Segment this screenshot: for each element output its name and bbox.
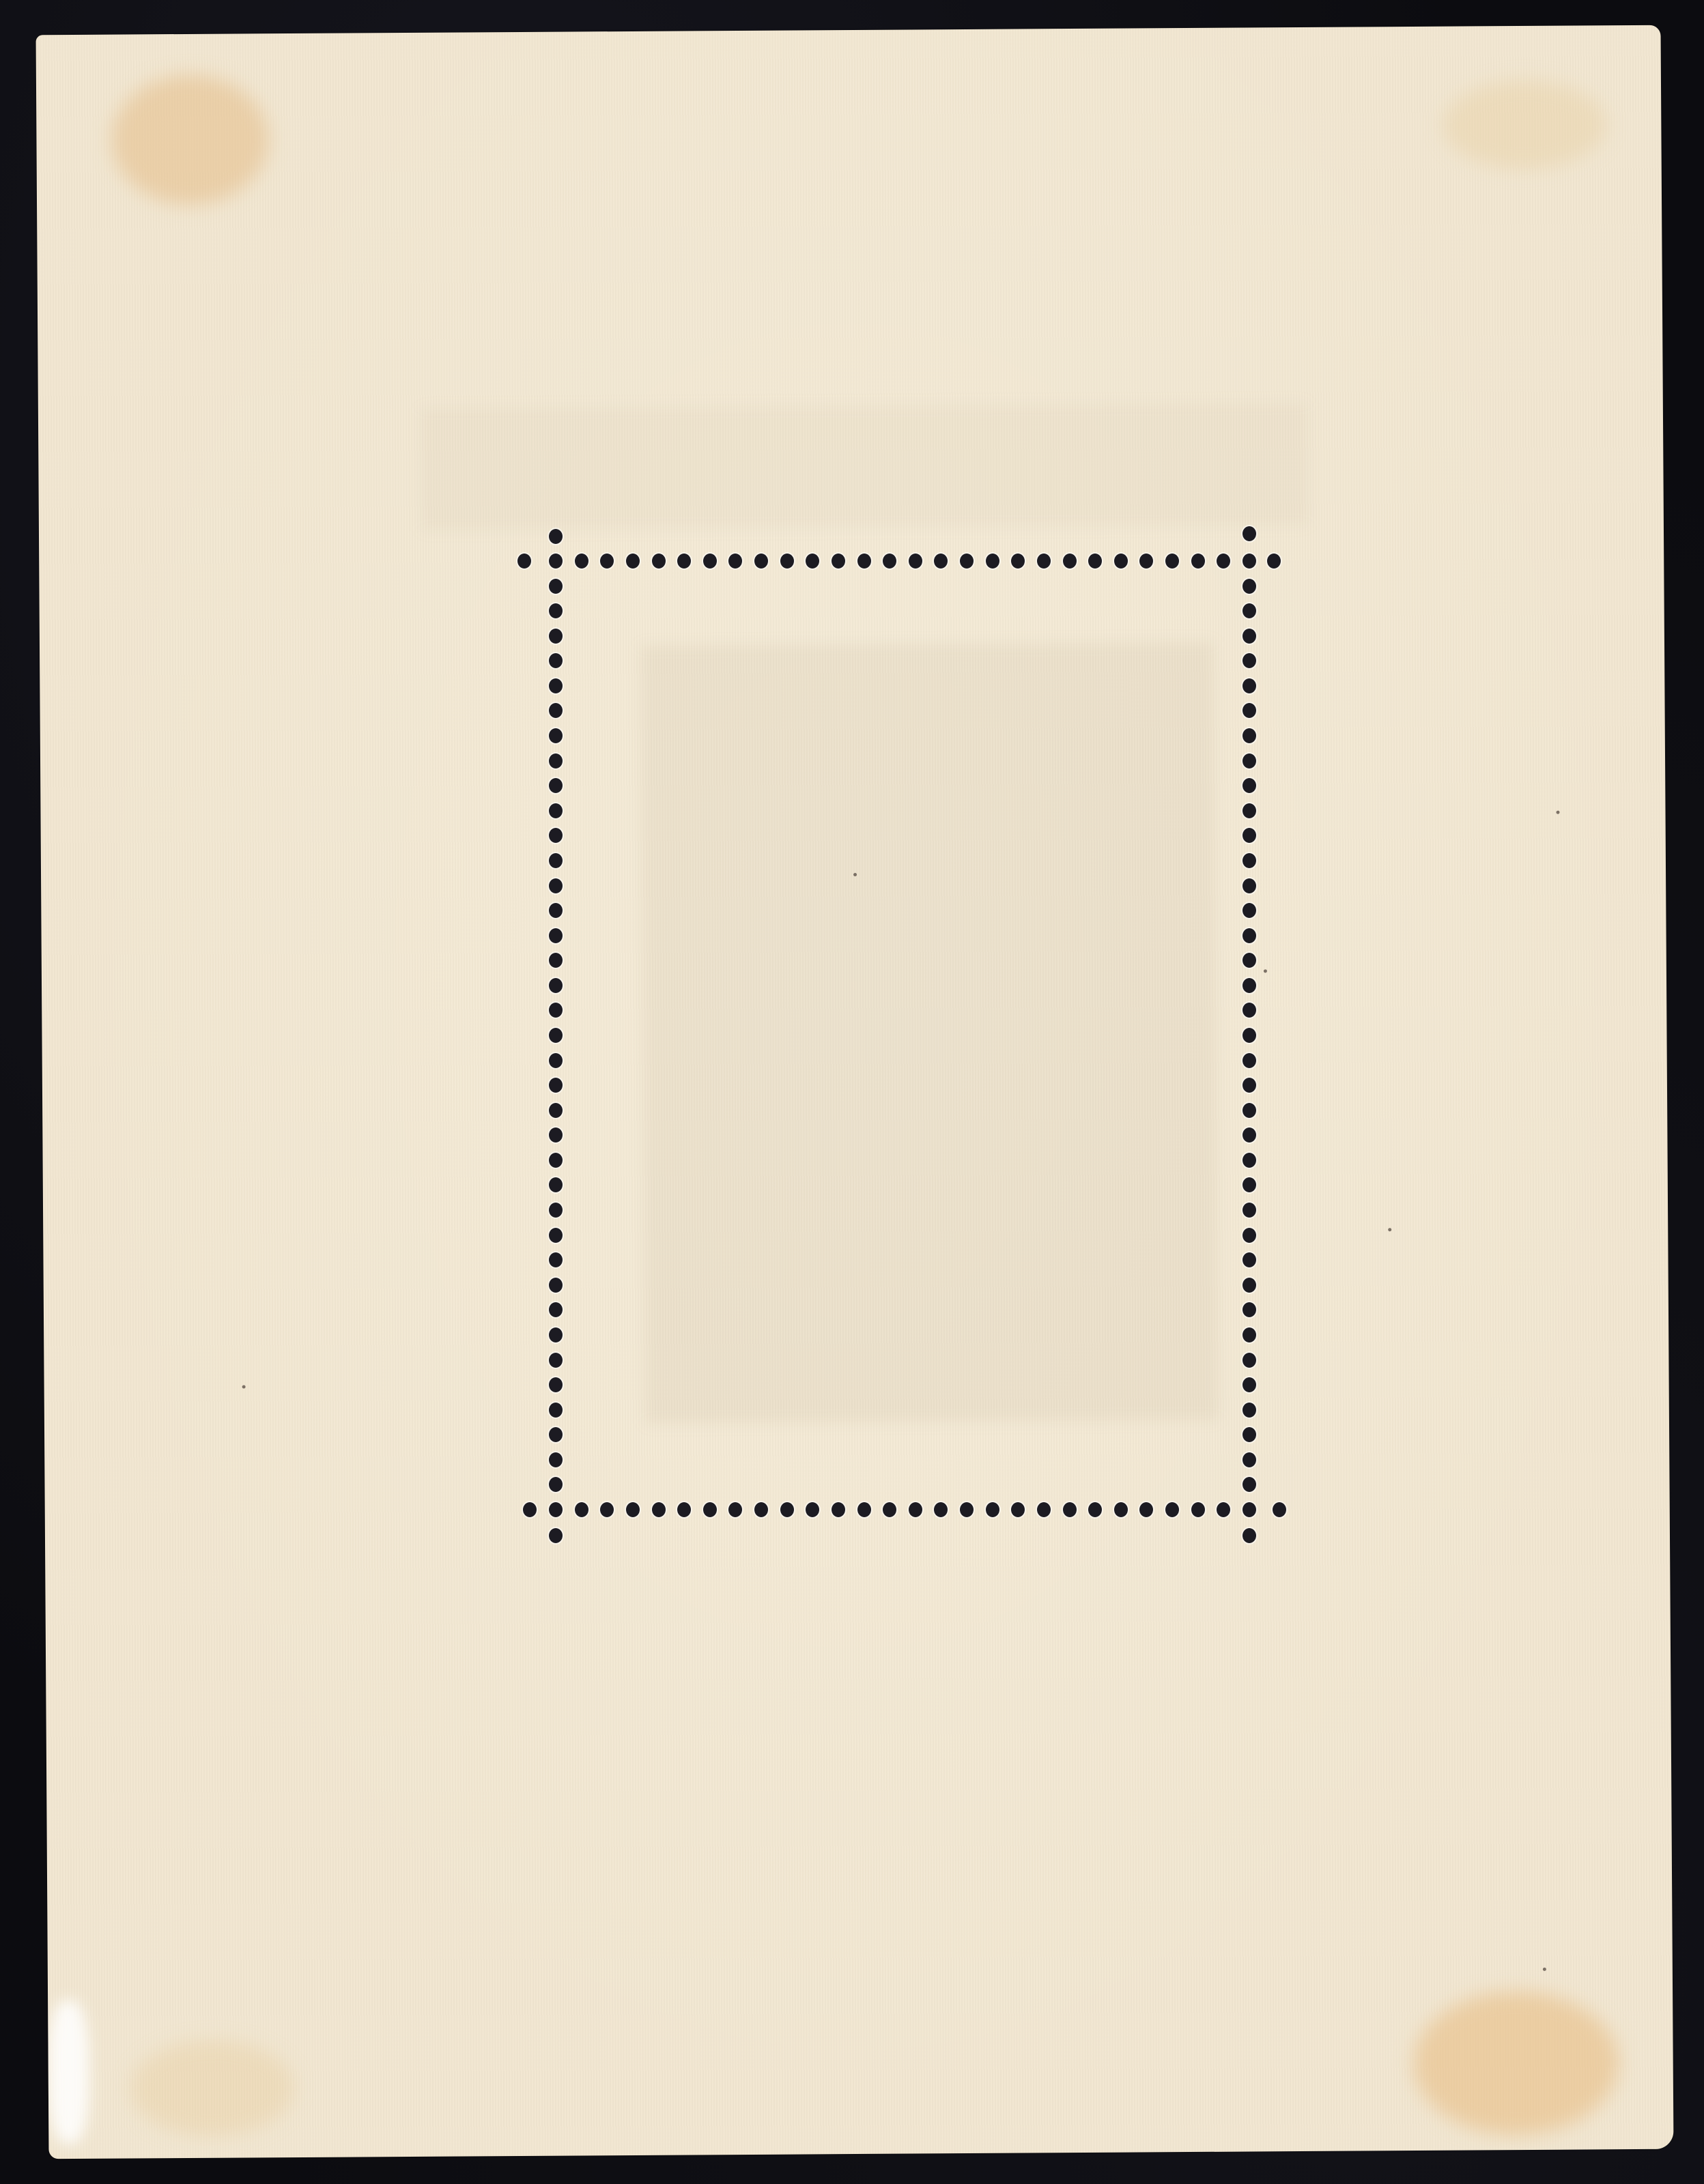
- perforation-hole: [1037, 554, 1051, 569]
- perforation-hole: [754, 1502, 768, 1517]
- perforation-hole: [1242, 1353, 1256, 1368]
- perforation-hole: [1242, 1003, 1256, 1018]
- perforation-hole: [728, 1502, 742, 1517]
- perforation-hole: [1242, 703, 1256, 718]
- perforation-hole: [1242, 1403, 1256, 1418]
- perforation-hole: [600, 1502, 614, 1517]
- perforation-hole: [549, 828, 563, 843]
- perforation-hole: [1242, 878, 1256, 893]
- perforation-hole: [549, 1477, 563, 1492]
- perforation-hole: [1242, 1053, 1256, 1068]
- perforation-hole: [626, 554, 640, 569]
- perforation-hole: [677, 1502, 691, 1517]
- perforation-hole: [1037, 1502, 1051, 1517]
- perforation-hole: [1242, 1528, 1256, 1543]
- perforation-hole: [1114, 554, 1128, 569]
- perforation-hole: [1242, 728, 1256, 743]
- perforation-hole: [1165, 1502, 1179, 1517]
- perforation-hole: [1165, 554, 1179, 569]
- perforation-hole: [1063, 1502, 1077, 1517]
- perforation-hole: [600, 554, 614, 569]
- perforation-hole: [1242, 1502, 1256, 1517]
- perforation-hole: [703, 1502, 717, 1517]
- perforation-hole: [1088, 554, 1102, 569]
- perforation-hole: [549, 1103, 563, 1118]
- perforation-hole: [549, 1053, 563, 1068]
- perforation-hole: [549, 1327, 563, 1342]
- perforation-hole: [1242, 1302, 1256, 1317]
- perforation-hole: [1242, 1203, 1256, 1218]
- perforation-hole: [1242, 603, 1256, 618]
- perforation-hole: [1242, 928, 1256, 943]
- perforation-hole: [780, 554, 794, 569]
- perforation-hole: [549, 778, 563, 793]
- perforation-hole: [549, 1528, 563, 1543]
- perforation-hole: [1242, 1377, 1256, 1392]
- perforation-hole: [728, 554, 742, 569]
- perforation-hole: [1088, 1502, 1102, 1517]
- perforation-hole: [549, 978, 563, 993]
- perforation-hole: [549, 1078, 563, 1093]
- perforation-hole: [1267, 554, 1281, 569]
- perforation-hole: [549, 753, 563, 768]
- perforation-hole: [677, 554, 691, 569]
- perforation-hole: [549, 953, 563, 968]
- perforation-hole: [832, 1502, 845, 1517]
- perforation-hole: [1242, 778, 1256, 793]
- perforation-hole: [1011, 1502, 1025, 1517]
- perforation-hole: [1217, 1502, 1230, 1517]
- perforation-hole: [549, 603, 563, 618]
- perforation-hole: [1114, 1502, 1128, 1517]
- perforation-hole: [1273, 1502, 1286, 1517]
- perforation-hole: [1242, 629, 1256, 644]
- perforation-hole: [1242, 803, 1256, 818]
- perforation-hole: [1242, 554, 1256, 569]
- perforation-hole: [517, 554, 531, 569]
- perforation-hole: [549, 579, 563, 594]
- perforation-hole: [549, 1278, 563, 1293]
- perforation-hole: [934, 1502, 948, 1517]
- perforation-hole: [549, 1377, 563, 1392]
- perforation-hole: [1242, 753, 1256, 768]
- perforation-hole: [549, 853, 563, 868]
- perforation-hole: [549, 1502, 563, 1517]
- perforation-hole: [832, 554, 845, 569]
- perforation-hole: [549, 1127, 563, 1143]
- perforation-hole: [1242, 1477, 1256, 1492]
- perforation-hole: [549, 1003, 563, 1018]
- perforation-hole: [1242, 1078, 1256, 1093]
- perforation-hole: [1242, 1153, 1256, 1168]
- perforation-hole: [960, 1502, 974, 1517]
- perforation-hole: [575, 1502, 588, 1517]
- perforation-hole: [1139, 1502, 1153, 1517]
- perforation-hole: [549, 1228, 563, 1243]
- perforation-hole: [549, 1452, 563, 1467]
- perforation-hole: [652, 554, 666, 569]
- perforation-hole: [549, 928, 563, 943]
- perforation-hole: [1242, 978, 1256, 993]
- perforation-hole: [549, 1403, 563, 1418]
- perforation-hole: [1242, 678, 1256, 693]
- perforation-hole: [523, 1502, 537, 1517]
- perforation-hole: [549, 1353, 563, 1368]
- perforation-hole: [909, 1502, 922, 1517]
- perforation-hole: [1191, 1502, 1205, 1517]
- perforation-hole: [549, 1153, 563, 1168]
- perforation-hole: [703, 554, 717, 569]
- perforation-hole: [1242, 1228, 1256, 1243]
- perforation-hole: [1242, 579, 1256, 594]
- perforation-hole: [934, 554, 948, 569]
- perforation-hole: [883, 1502, 896, 1517]
- perforation-hole: [806, 554, 819, 569]
- perforation-hole: [1242, 526, 1256, 541]
- perforation-hole: [986, 1502, 999, 1517]
- perforation-hole: [909, 554, 922, 569]
- perforation-hole: [575, 554, 588, 569]
- perforation-hole: [1242, 828, 1256, 843]
- perforation-hole: [1242, 1127, 1256, 1143]
- perforation-hole: [549, 703, 563, 718]
- perforation-hole: [960, 554, 974, 569]
- perforation-hole: [549, 1203, 563, 1218]
- perforation-hole: [1242, 1427, 1256, 1442]
- perforation-hole: [549, 1252, 563, 1267]
- perforation-hole: [1242, 1252, 1256, 1267]
- perforation-hole: [1242, 953, 1256, 968]
- perforation-hole: [1242, 903, 1256, 918]
- perforation-hole: [780, 1502, 794, 1517]
- perforation-hole: [549, 653, 563, 668]
- perforation-hole: [1139, 554, 1153, 569]
- perforation-hole: [549, 728, 563, 743]
- perforation-hole: [549, 1028, 563, 1043]
- perforation-hole: [549, 903, 563, 918]
- perforation-hole: [1217, 554, 1230, 569]
- perforation-hole: [1191, 554, 1205, 569]
- perforation-hole: [883, 554, 896, 569]
- perforation-hole: [652, 1502, 666, 1517]
- perforation-hole: [549, 529, 563, 544]
- perforation-hole: [1242, 1278, 1256, 1293]
- perforation-hole: [754, 554, 768, 569]
- perforation-hole: [549, 629, 563, 644]
- perforation-hole: [1242, 853, 1256, 868]
- perforation-hole: [549, 1302, 563, 1317]
- perforation-hole: [626, 1502, 640, 1517]
- perforation-hole: [1242, 1177, 1256, 1192]
- perforation-hole: [986, 554, 999, 569]
- perforation-hole: [549, 803, 563, 818]
- perforation-frame: [0, 0, 1704, 2184]
- perforation-hole: [549, 678, 563, 693]
- perforation-hole: [549, 878, 563, 893]
- perforation-hole: [549, 1177, 563, 1192]
- perforation-hole: [1242, 653, 1256, 668]
- perforation-hole: [857, 554, 871, 569]
- perforation-hole: [1242, 1327, 1256, 1342]
- perforation-hole: [549, 554, 563, 569]
- perforation-hole: [1242, 1103, 1256, 1118]
- perforation-hole: [549, 1427, 563, 1442]
- perforation-hole: [1011, 554, 1025, 569]
- perforation-hole: [857, 1502, 871, 1517]
- perforation-hole: [1242, 1028, 1256, 1043]
- perforation-hole: [1242, 1452, 1256, 1467]
- perforation-hole: [806, 1502, 819, 1517]
- perforation-hole: [1063, 554, 1077, 569]
